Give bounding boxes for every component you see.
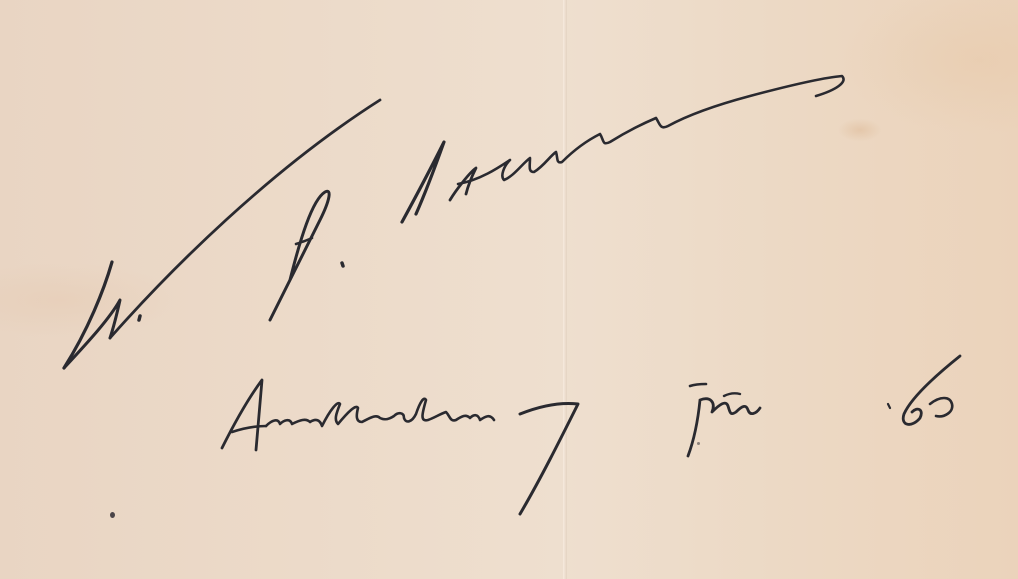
ink-speck [697,442,700,445]
signature [64,76,844,368]
place-date-line [222,356,960,514]
handwriting-ink [0,0,1018,579]
paper-sheet: W. F. Hermans Amsterdam 7 juni '60 [0,0,1018,579]
ink-speck [110,512,115,518]
